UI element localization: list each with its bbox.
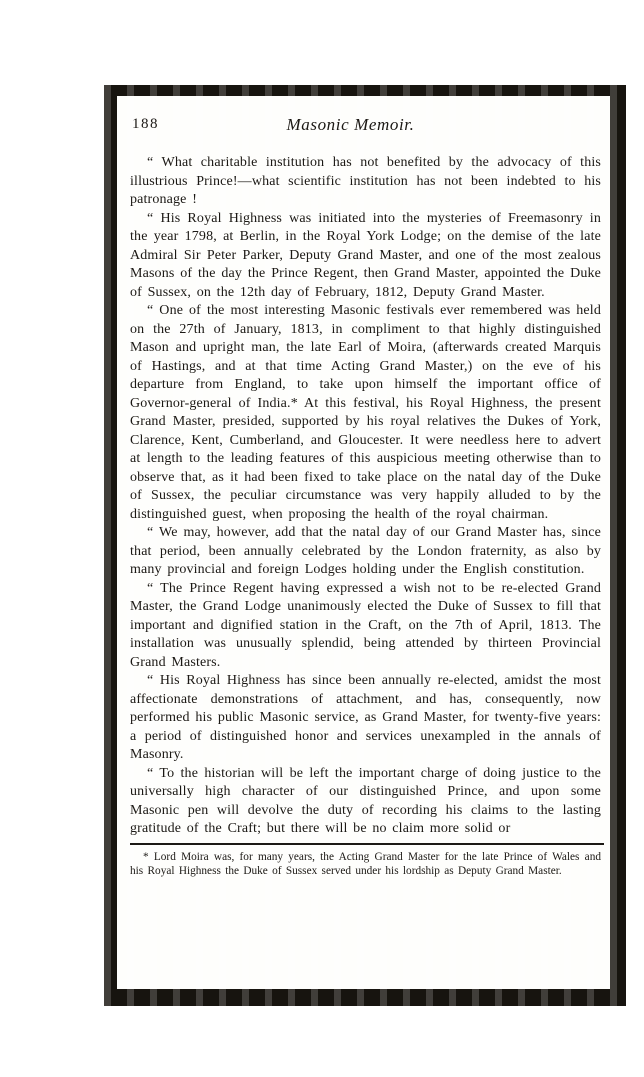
paragraph-1: “ What charitable institution has not be… [130, 154, 601, 210]
scanned-book-page: 188 Masonic Memoir. “ What charitable in… [0, 0, 644, 1077]
footnote: * Lord Moira was, for many years, the Ac… [130, 850, 601, 879]
page-header: 188 Masonic Memoir. [130, 115, 601, 137]
paragraph-3: “ One of the most interesting Masonic fe… [130, 302, 601, 524]
paragraph-5: “ The Prince Regent having expressed a w… [130, 580, 601, 673]
paragraph-6: “ His Royal Highness has since been annu… [130, 672, 601, 765]
page-content: 188 Masonic Memoir. “ What charitable in… [117, 96, 610, 989]
paragraph-4: “ We may, however, add that the natal da… [130, 524, 601, 580]
running-title: Masonic Memoir. [130, 115, 571, 135]
footnote-rule [130, 843, 604, 845]
body-text: “ What charitable institution has not be… [130, 154, 601, 839]
paragraph-7: “ To the historian will be left the impo… [130, 765, 601, 839]
page-frame: 188 Masonic Memoir. “ What charitable in… [104, 85, 626, 1006]
paragraph-2: “ His Royal Highness was initiated into … [130, 210, 601, 303]
